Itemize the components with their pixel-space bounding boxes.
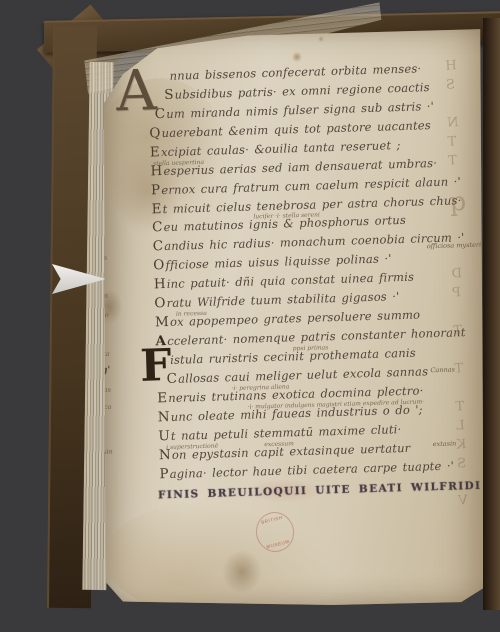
show-through-letter: N — [447, 115, 459, 131]
line-initial: E — [151, 201, 162, 217]
show-through-letter: D — [451, 266, 462, 282]
text-line: Non epystasin capit extasinque uertaturi… — [159, 440, 411, 461]
show-through-letter: V — [458, 493, 468, 509]
show-through-letter: T — [447, 134, 457, 150]
interlinear-gloss: lucifer ·i· stella sereni — [253, 209, 320, 225]
interlinear-gloss: i superstructionē — [166, 439, 218, 455]
show-through-letter: T — [455, 399, 465, 415]
line-initial: E — [157, 390, 168, 406]
show-through-letter: P — [452, 285, 462, 301]
line-initial: C — [166, 371, 177, 387]
show-through-letter: L — [456, 418, 466, 434]
manuscript-photo: A F FINIS BREUILOQUII UITE BEATI WILFRID… — [0, 0, 500, 632]
interlinear-gloss: ppsi primas — [293, 341, 329, 356]
line-initial: N — [158, 409, 170, 425]
line-initial: O — [154, 295, 166, 311]
line-initial: Q — [149, 125, 161, 141]
text-line: Subsidibus patris· ex omni regione coact… — [164, 80, 430, 102]
interlinear-gloss: in recessu — [176, 307, 207, 322]
show-through-letter: S — [446, 77, 456, 93]
explicit-line: FINIS BREUILOQUII UITE BEATI WILFRIDI — [158, 480, 482, 502]
line-text: ox apopempeo grates persoluere summo — [170, 308, 421, 329]
line-text: inc patuit· dñi quia constat uinea firmi… — [167, 270, 415, 291]
line-text: allosas caui meliger uelut excola sannas — [178, 364, 428, 385]
line-text: uaerebant &enim quis tot pastore uacante… — [161, 118, 431, 140]
text-line: Hesperius aerias sed iam densauerat umbr… — [150, 156, 437, 179]
line-initial: C — [152, 220, 163, 236]
stamp-text-bottom: MUSEUM — [266, 539, 290, 550]
text-line: Callosas caui meliger uelut excola sanna… — [166, 364, 428, 386]
text-line: Pagina· lector haue tibi caetera carpe t… — [159, 458, 454, 481]
text-line: Quaerebant &enim quis tot pastore uacant… — [149, 118, 431, 140]
line-initial: P — [159, 466, 169, 482]
show-through-letter: S — [457, 456, 467, 472]
interlinear-gloss: ·i· peregrina aliena — [231, 380, 289, 396]
show-through-letter: q — [449, 186, 468, 217]
line-initial: C — [155, 106, 166, 122]
show-through-letter: K — [456, 437, 467, 453]
text-line: nnua bissenos confecerat orbita menses· — [169, 61, 421, 82]
line-initial: P — [151, 182, 161, 198]
poem-text: A F FINIS BREUILOQUII UITE BEATI WILFRID… — [102, 19, 499, 607]
line-initial: A — [155, 333, 166, 349]
book-binding-right — [483, 18, 500, 610]
stamp-text-top: BRITISH — [261, 515, 284, 525]
show-through-letter: H — [445, 58, 457, 74]
interlinear-gloss: stella uespertina — [153, 155, 204, 171]
manuscript-page: A F FINIS BREUILOQUII UITE BEATI WILFRID… — [104, 28, 484, 605]
interlinear-gloss: excessum — [264, 437, 294, 452]
text-line: Officiose mias uisus liquisse polinas ·' — [153, 252, 392, 273]
text-line: istula ruristris cecinit prothemata cani… — [170, 346, 416, 367]
line-initial: S — [164, 87, 174, 103]
text-line: Ceu matutinos ignis & phosphorus ortuslu… — [152, 213, 406, 235]
line-text: agina· lector haue tibi caetera carpe tu… — [170, 458, 455, 480]
line-text: um miranda nimis fulser signa sub astris… — [166, 99, 434, 121]
line-text: nnua bissenos confecerat orbita menses· — [169, 61, 421, 82]
line-text: andius hic radius· monachum coenobia cir… — [164, 231, 465, 254]
text-line: Candius hic radius· monachum coenobia ci… — [152, 231, 464, 254]
line-text: esperius aerias sed iam densauerat umbra… — [163, 156, 437, 178]
text-line: Nunc oleate mihi faueas industrius o do … — [158, 402, 423, 424]
show-through-letter: T — [453, 323, 463, 339]
line-text: fficiose mias uisus liquisse polinas ·' — [165, 252, 392, 273]
line-initial: O — [153, 257, 165, 273]
show-through-letter: T — [454, 361, 464, 377]
text-line: Mox apopempeo grates persoluere summoin … — [155, 308, 421, 330]
line-initial: M — [155, 314, 169, 330]
text-line: Hinc patuit· dñi quia constat uinea firm… — [154, 270, 415, 292]
line-text: ubsidibus patris· ex omni regione coacti… — [174, 80, 429, 102]
line-initial: C — [152, 238, 163, 254]
line-initial: H — [154, 276, 166, 292]
margin-gloss-right: officiosa mysteria — [427, 241, 487, 251]
text-line: Cum miranda nimis fulser signa sub astri… — [155, 99, 435, 121]
show-through-letter: T — [448, 153, 458, 169]
